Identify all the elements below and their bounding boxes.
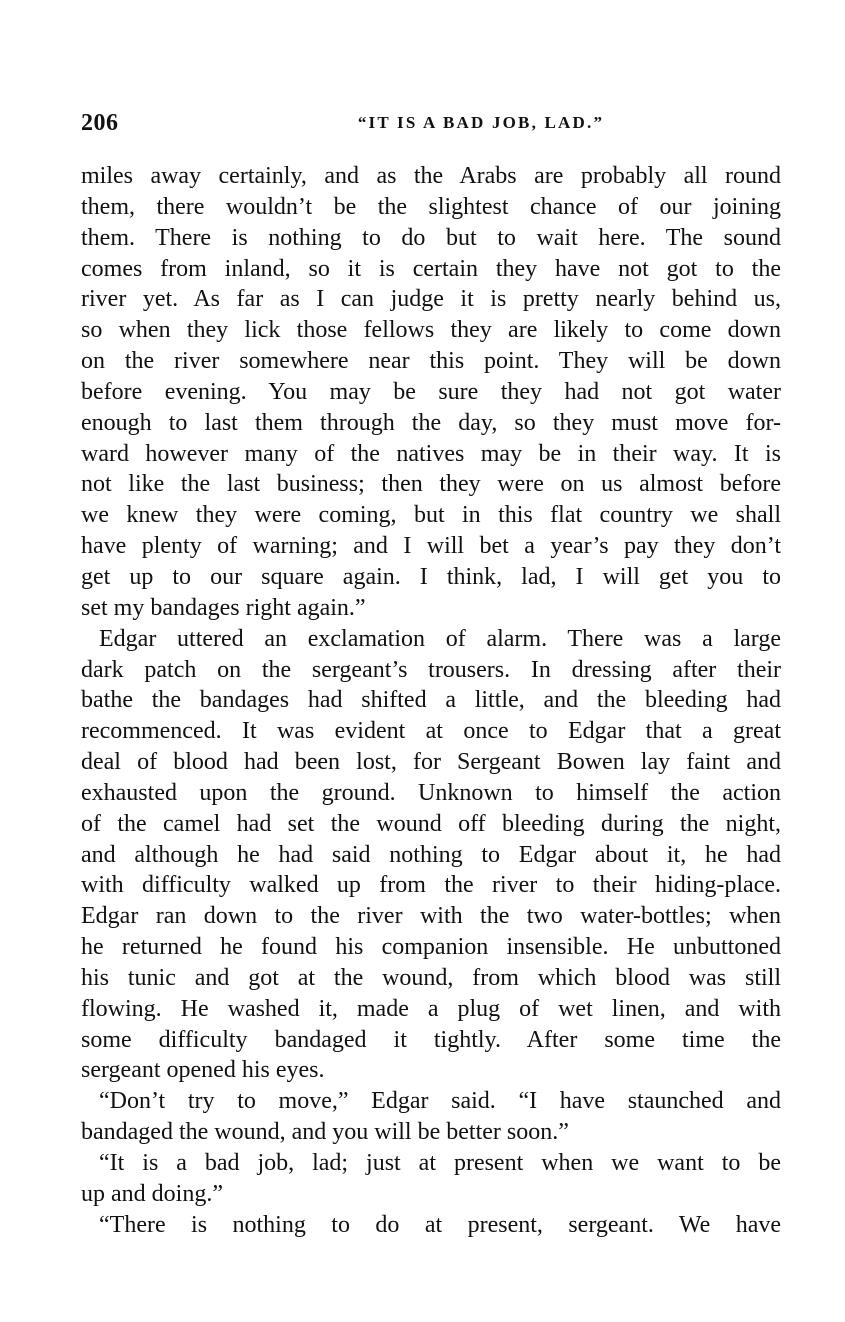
text-line: enough to last them through the day, so …: [81, 408, 781, 439]
running-head: 206 “IT IS A BAD JOB, LAD.”: [81, 108, 781, 138]
paragraph-start-line: “There is nothing to do at present, serg…: [81, 1210, 781, 1241]
page-number: 206: [81, 108, 119, 138]
text-line: so when they lick those fellows they are…: [81, 315, 781, 346]
text-line: get up to our square again. I think, lad…: [81, 562, 781, 593]
text-line: not like the last business; then they we…: [81, 469, 781, 500]
text-line: comes from inland, so it is certain they…: [81, 254, 781, 285]
paragraph-start-line: “It is a bad job, lad; just at present w…: [81, 1148, 781, 1179]
paragraph-start-line: Edgar uttered an exclamation of alarm. T…: [81, 624, 781, 655]
text-line: river yet. As far as I can judge it is p…: [81, 284, 781, 315]
text-line: recommenced. It was evident at once to E…: [81, 716, 781, 747]
text-line: set my bandages right again.”: [81, 593, 781, 624]
text-line: his tunic and got at the wound, from whi…: [81, 963, 781, 994]
text-line: on the river somewhere near this point. …: [81, 346, 781, 377]
text-line: and although he had said nothing to Edga…: [81, 840, 781, 871]
text-line: them, there wouldn’t be the slightest ch…: [81, 192, 781, 223]
body-text: miles away certainly, and as the Arabs a…: [81, 161, 781, 1241]
book-page: 206 “IT IS A BAD JOB, LAD.” miles away c…: [0, 0, 845, 1322]
text-line: Edgar ran down to the river with the two…: [81, 901, 781, 932]
text-line: exhausted upon the ground. Unknown to hi…: [81, 778, 781, 809]
text-line: up and doing.”: [81, 1179, 781, 1210]
text-line: have plenty of warning; and I will bet a…: [81, 531, 781, 562]
text-line: sergeant opened his eyes.: [81, 1055, 781, 1086]
text-line: flowing. He washed it, made a plug of we…: [81, 994, 781, 1025]
text-line: before evening. You may be sure they had…: [81, 377, 781, 408]
text-line: them. There is nothing to do but to wait…: [81, 223, 781, 254]
running-title: “IT IS A BAD JOB, LAD.”: [221, 110, 741, 136]
text-line: bandaged the wound, and you will be bett…: [81, 1117, 781, 1148]
text-line: with difficulty walked up from the river…: [81, 870, 781, 901]
text-line: of the camel had set the wound off bleed…: [81, 809, 781, 840]
text-line: deal of blood had been lost, for Sergean…: [81, 747, 781, 778]
text-line: miles away certainly, and as the Arabs a…: [81, 161, 781, 192]
text-line: we knew they were coming, but in this fl…: [81, 500, 781, 531]
text-line: ward however many of the natives may be …: [81, 439, 781, 470]
paragraph-start-line: “Don’t try to move,” Edgar said. “I have…: [81, 1086, 781, 1117]
text-line: dark patch on the sergeant’s trousers. I…: [81, 655, 781, 686]
text-line: he returned he found his companion insen…: [81, 932, 781, 963]
text-line: some difficulty bandaged it tightly. Aft…: [81, 1025, 781, 1056]
text-line: bathe the bandages had shifted a little,…: [81, 685, 781, 716]
